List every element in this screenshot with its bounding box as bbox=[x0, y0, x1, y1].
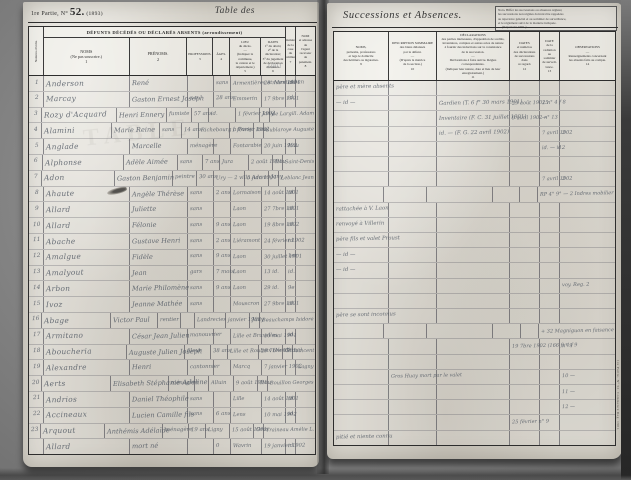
handwritten-entry: id. bbox=[288, 96, 295, 102]
handwritten-entry: id. bbox=[288, 207, 295, 213]
left-table: Numéros d'ordre. DÉFUNTS DÉCÉDÉS OU DÉCL… bbox=[28, 26, 316, 455]
cell-age: 9 ans bbox=[214, 250, 231, 265]
cell-lieu: Laon bbox=[231, 202, 262, 217]
cell-desc bbox=[389, 127, 437, 141]
cell-prof: manouvrier bbox=[188, 329, 214, 344]
cell-age: 9 ans bbox=[214, 218, 231, 233]
cell-her bbox=[334, 400, 389, 414]
cell-date: 5 juin 1901 bbox=[245, 171, 269, 186]
cell-prof: rentier bbox=[158, 313, 181, 328]
cell-desc bbox=[389, 339, 437, 353]
left-page: 1re Partie, N° 52. (1893) Table des TABL… bbox=[23, 2, 319, 467]
edge-imprint-label: 1re Partie. N° 52. Commencé Reg. 1901. bbox=[616, 360, 620, 431]
cell-date: 15 août 1901 bbox=[230, 424, 254, 439]
cell-age: 2 ans bbox=[214, 234, 231, 249]
cell-her bbox=[334, 385, 389, 399]
cell-prof: sans bbox=[188, 250, 214, 265]
table-row: 6AlphonseAdèle Aiméesans7 ansJura2 août … bbox=[29, 155, 315, 171]
scan-right-edge bbox=[621, 0, 631, 480]
cell-decl bbox=[437, 142, 510, 156]
cell-age: 14 ans bbox=[182, 123, 199, 138]
table-row: 18AboucheriaAuguste Julien Josephfileur3… bbox=[29, 345, 315, 361]
table-row: père et mère absents bbox=[334, 81, 615, 96]
handwritten-entry: id. bbox=[288, 333, 295, 339]
cell-prenoms: Henri Ennery bbox=[117, 108, 167, 123]
part-label: 1re Partie, N° 52. (1893) bbox=[31, 6, 103, 18]
handwritten-entry: fileur bbox=[187, 349, 202, 355]
table-row: Gros Huay mort par le valet10 — bbox=[334, 370, 615, 385]
cell-rep: id. bbox=[286, 234, 296, 249]
cell-her bbox=[334, 187, 384, 201]
handwritten-entry: 2 bbox=[35, 96, 39, 102]
handwritten-entry: id. bbox=[288, 397, 295, 403]
handwritten-entry: 0 bbox=[216, 444, 220, 449]
cell-rep: id. bbox=[286, 297, 296, 312]
handwritten-entry: 18 bbox=[33, 349, 41, 355]
cell-rem bbox=[540, 203, 560, 217]
cell-nom: Alexandre bbox=[44, 360, 130, 375]
cell-nom: Amalyout bbox=[44, 266, 130, 281]
handwritten-entry: Laon bbox=[233, 223, 246, 228]
cell-dates: 25 février n° 9 bbox=[510, 415, 540, 429]
handwritten-entry: id. bbox=[288, 223, 295, 229]
col-declarations-header: DÉCLARATIONS des parties intéressées, d'… bbox=[437, 32, 510, 80]
cell-n: 22 bbox=[29, 408, 44, 423]
table-row: 12 — bbox=[334, 400, 615, 415]
cell-rep: 9e bbox=[286, 281, 296, 296]
cell-date: 19 8bre 1902 bbox=[262, 218, 286, 233]
cell-nom: Armitano bbox=[44, 329, 130, 344]
cell-obs bbox=[560, 111, 615, 125]
cell-rep: id. bbox=[286, 439, 296, 454]
cell-obs: 11 — bbox=[560, 385, 615, 399]
table-row: renvoyé à Villerin bbox=[334, 218, 615, 233]
cell-rem bbox=[540, 370, 560, 384]
cell-agent bbox=[296, 281, 315, 296]
cell-her bbox=[334, 157, 389, 171]
col-agent-header: NOM et adresse de l'agent receveur de pa… bbox=[296, 27, 315, 75]
handwritten-entry: 30 ans bbox=[199, 175, 217, 181]
cell-age bbox=[214, 297, 231, 312]
cell-prenoms: Fidèle bbox=[130, 250, 188, 265]
cell-lieu: Lille bbox=[231, 392, 262, 407]
handwritten-entry: Marie Reine bbox=[114, 127, 155, 134]
cell-rem: id. — id. bbox=[540, 142, 560, 156]
handwritten-entry: 12 — bbox=[562, 405, 575, 410]
handwritten-entry: Mouscron bbox=[233, 302, 259, 308]
cell-rem bbox=[520, 187, 538, 201]
cell-date: 30 juillet 1901 bbox=[262, 250, 286, 265]
cell-prenoms: Jeanne Mathée bbox=[130, 297, 188, 312]
cell-prof: fumiste bbox=[167, 108, 191, 123]
table-row: 21AndriosDaniel ThéophilesansLille14 aoû… bbox=[29, 392, 315, 408]
cell-n: 20 bbox=[29, 376, 42, 391]
cell-nom: Ahaute bbox=[44, 187, 130, 202]
cell-rep: id. bbox=[286, 408, 296, 423]
handwritten-entry: rattachée à V. Laon bbox=[336, 206, 389, 213]
cell-n: 17 bbox=[29, 329, 44, 344]
handwritten-entry: 6 bbox=[34, 159, 38, 165]
right-table: NOMS, prénoms, professions et legs le do… bbox=[333, 31, 616, 446]
cell-desc bbox=[384, 324, 428, 338]
table-row: 8AhauteAngèle Thérèsesans2 ansLormaison1… bbox=[29, 187, 315, 203]
cell-rem: 7 avril 1902 bbox=[540, 172, 560, 186]
cell-lieu: Lens bbox=[231, 408, 262, 423]
cell-her bbox=[334, 111, 389, 125]
cell-rem bbox=[540, 400, 560, 414]
cell-rem bbox=[540, 233, 560, 247]
cell-her: — id — bbox=[334, 263, 389, 277]
cell-nom: Anglade bbox=[44, 139, 130, 154]
handwritten-entry: 22 bbox=[33, 412, 41, 418]
cell-her bbox=[334, 370, 389, 384]
cell-obs bbox=[560, 157, 615, 171]
cell-age: 0 bbox=[214, 439, 231, 454]
handwritten-entry: Lille bbox=[233, 397, 245, 402]
handwritten-entry: 38 ans bbox=[213, 349, 231, 355]
handwritten-entry: père et mère absents bbox=[336, 85, 394, 92]
cell-obs bbox=[560, 415, 615, 429]
cell-desc bbox=[389, 279, 437, 293]
table-row: id. — id.2 bbox=[334, 142, 615, 157]
cell-rem bbox=[540, 294, 560, 308]
cell-date: 10 mai 1901 bbox=[262, 329, 286, 344]
right-page-title: Successions et Absences. bbox=[343, 10, 462, 21]
col-sommier-header: Numéro de la case du sommier. 7 bbox=[286, 27, 296, 75]
cell-decl: Inventaire (F. C. 31 juillet 1901) bbox=[437, 111, 510, 125]
handwritten-entry: 16 bbox=[32, 317, 40, 323]
cell-age: 28 ans bbox=[214, 92, 231, 107]
cell-prenoms: Anthémis Adélaïde bbox=[105, 424, 163, 439]
cell-her: — id — bbox=[334, 96, 389, 110]
handwritten-entry: Ahaute bbox=[46, 190, 75, 198]
col-numero-header: Numéros d'ordre. bbox=[29, 27, 44, 75]
handwritten-entry: sans bbox=[162, 128, 174, 134]
table-row: rattachée à V. Laon bbox=[334, 203, 615, 218]
cell-obs bbox=[560, 355, 615, 369]
handwritten-entry: Leblanc Jean bbox=[281, 175, 314, 181]
handwritten-entry: Abache bbox=[46, 237, 76, 245]
handwritten-entry: Bouillon Georges bbox=[270, 381, 314, 387]
cell-lieu: Richebourg à Passy bbox=[199, 123, 230, 138]
table-row: 10AllardFéloniesans9 ansLaon19 8bre 1902… bbox=[29, 218, 315, 234]
handwritten-entry: peintre bbox=[175, 175, 195, 181]
handwritten-entry: — bbox=[542, 116, 547, 121]
cell-her bbox=[334, 294, 389, 308]
cell-lieu: Jura bbox=[220, 155, 249, 170]
cell-rem bbox=[540, 81, 560, 95]
handwritten-entry: 3 bbox=[34, 112, 38, 118]
cell-desc bbox=[389, 263, 437, 277]
handwritten-entry: 25 février n° 9 bbox=[512, 420, 549, 426]
cell-rep: Jany bbox=[269, 171, 279, 186]
table-row: + 32 Magniguon en faisance bbox=[334, 324, 615, 339]
table-row: 1AndersonRenésansArmentières et Mentauba… bbox=[29, 76, 315, 92]
cell-rep: id. bbox=[286, 266, 296, 281]
right-table-body: père et mère absents— id —Gardien (T. 6 … bbox=[334, 81, 615, 445]
handwritten-entry: Jeanne Mathée bbox=[132, 301, 182, 309]
handwritten-entry: 9e bbox=[288, 286, 295, 292]
cell-lieu: Landrecies bbox=[195, 313, 226, 328]
cell-desc bbox=[384, 187, 427, 201]
cell-her: père se sont inconnus bbox=[334, 309, 389, 323]
cell-decl bbox=[427, 187, 493, 201]
handwritten-entry: 20 bbox=[32, 381, 40, 387]
cell-date: 28 mars 1901 bbox=[262, 76, 286, 91]
handwritten-entry: Traineau Amélie L. bbox=[266, 428, 314, 434]
handwritten-entry: Marie Philomène bbox=[132, 285, 189, 293]
cell-prof: sans bbox=[160, 123, 182, 138]
cell-nom: Accineaux bbox=[44, 408, 130, 423]
handwritten-entry: ménagère bbox=[190, 144, 218, 150]
cell-dates bbox=[493, 187, 520, 201]
table-row: Allardmort né0Wavrin19 janvier 1902id. bbox=[29, 439, 315, 454]
handwritten-entry: 10 bbox=[33, 223, 41, 229]
cell-agent: Lagny bbox=[296, 360, 315, 375]
handwritten-entry: id. bbox=[288, 81, 295, 87]
cell-lieu: Fontarabie bbox=[231, 139, 262, 154]
cell-prenoms: mort né bbox=[130, 439, 188, 454]
table-row: 11AbacheGustave Henrisans2 ansLiéramont2… bbox=[29, 234, 315, 250]
cell-prenoms: Adèle Aimée bbox=[124, 155, 178, 170]
cell-date: 13 id. bbox=[262, 266, 286, 281]
col-radiation-header: DATE de la radiation au sommier de surve… bbox=[540, 32, 560, 80]
handwritten-entry: René bbox=[132, 80, 149, 87]
cell-n: 5 bbox=[29, 139, 44, 154]
handwritten-entry: + 32 Magniguon en faisance bbox=[541, 328, 614, 335]
cell-prenoms: Victor Paul bbox=[111, 313, 158, 328]
cell-dates bbox=[510, 127, 540, 141]
cell-nom: Allard bbox=[44, 439, 130, 454]
handwritten-entry: 29 août 1901 n° 4 f 8 bbox=[512, 100, 566, 106]
right-page: Successions et Absences. Nota. Biffer le… bbox=[327, 3, 622, 459]
cell-dates bbox=[510, 370, 540, 384]
table-row: 4AlaminiMarie Reinesans14 ansRichebourg … bbox=[29, 123, 315, 139]
handwritten-entry: Sublaroye Auguste bbox=[266, 128, 314, 134]
cell-agent: Beauchamps Isidore bbox=[260, 313, 315, 328]
col-heritiers-header: NOMS, prénoms, professions et legs le do… bbox=[334, 32, 389, 80]
col-dates-header: DATES 1° du décès; 2° de la déclaration;… bbox=[261, 38, 285, 75]
table-row bbox=[334, 355, 615, 370]
cell-lieu: Laon bbox=[231, 266, 262, 281]
cell-her: rattachée à V. Laon bbox=[334, 203, 389, 217]
cell-nom: Andrios bbox=[44, 392, 130, 407]
handwritten-entry: Allard bbox=[46, 443, 71, 451]
cell-desc bbox=[389, 309, 437, 323]
cell-dates bbox=[510, 172, 540, 186]
cell-obs bbox=[560, 81, 615, 95]
cell-her bbox=[334, 415, 389, 429]
cell-rep: id. bbox=[286, 76, 296, 91]
cell-agent: Saint-Denis bbox=[283, 155, 315, 170]
cell-lieu: Laon bbox=[231, 218, 262, 233]
handwritten-entry: 7 mois bbox=[216, 270, 234, 276]
cell-lieu: Armentières et Mentauban bbox=[231, 76, 262, 91]
table-row: 7 avril 19022 bbox=[334, 172, 615, 187]
handwritten-entry: Saint-Denis bbox=[285, 160, 314, 166]
table-row: 12AmalgueFidèlesans9 ansLaon30 juillet 1… bbox=[29, 250, 315, 266]
cell-desc bbox=[389, 157, 437, 171]
cell-decl bbox=[437, 400, 510, 414]
handwritten-entry: 9 bbox=[35, 207, 39, 213]
cell-date: janvier 1902 bbox=[226, 313, 250, 328]
cell-decl: Gardien (T. 6 f° 30 mars 1901) bbox=[437, 96, 510, 110]
handwritten-entry: pitié et niente connu bbox=[336, 434, 393, 441]
header-rule bbox=[28, 22, 317, 23]
handwritten-entry: de Largill. Adam bbox=[272, 112, 314, 118]
cell-prenoms: Lucien Camille fils bbox=[130, 408, 188, 423]
cell-rep: id. bbox=[286, 218, 296, 233]
cell-decl bbox=[437, 355, 510, 369]
cell-prenoms: Jean bbox=[130, 266, 188, 281]
cell-lieu: Lormaison bbox=[231, 187, 262, 202]
cell-nom: Arquout bbox=[41, 424, 105, 439]
handwritten-entry: 7 ans bbox=[204, 160, 219, 166]
cell-lieu: id. bbox=[209, 108, 236, 123]
cell-dates bbox=[510, 355, 540, 369]
handwritten-entry: id. bbox=[288, 302, 295, 308]
cell-dates bbox=[510, 279, 540, 293]
table-row: 14ArbonMarie Philomènesans9 ansLaon29 id… bbox=[29, 281, 315, 297]
table-row: — id — bbox=[334, 263, 615, 278]
table-row: — id — bbox=[334, 248, 615, 263]
handwritten-entry: renvoyé à Villerin bbox=[336, 222, 384, 228]
cell-desc bbox=[389, 415, 437, 429]
cell-decl bbox=[427, 324, 493, 338]
handwritten-entry: 2 bbox=[562, 177, 565, 182]
handwritten-entry: César Jean Julien bbox=[132, 332, 190, 340]
cell-nom: Anderson bbox=[44, 76, 130, 91]
cell-her bbox=[334, 142, 389, 156]
cell-obs bbox=[560, 233, 615, 247]
handwritten-entry: Adon bbox=[44, 174, 65, 182]
cell-decl bbox=[437, 294, 510, 308]
handwritten-entry: 7 bbox=[34, 175, 38, 181]
handwritten-entry: 6 ans bbox=[216, 412, 231, 418]
cell-her: — id — bbox=[334, 248, 389, 262]
cell-n: 4 bbox=[29, 123, 42, 138]
cell-date: 24 février 1902 bbox=[262, 234, 286, 249]
handwritten-entry: gars bbox=[190, 270, 202, 276]
cell-obs bbox=[560, 96, 615, 110]
handwritten-entry: sans bbox=[190, 239, 202, 245]
handwritten-entry: id. — (F. G. 22 avril 1902) bbox=[439, 130, 509, 137]
part-number: 52. bbox=[70, 6, 85, 18]
table-row: 25 février n° 9 bbox=[334, 415, 615, 430]
table-row: père se sont inconnus bbox=[334, 309, 615, 324]
handwritten-entry: Alexandre bbox=[46, 364, 87, 372]
cell-her: renvoyé à Villerin bbox=[334, 218, 389, 232]
cell-date: 1 février 1902 bbox=[236, 108, 260, 123]
cell-obs: 10 — bbox=[560, 370, 615, 384]
handwritten-entry: RP 4° 9° — 2 Indres mobilier bbox=[540, 191, 614, 198]
cell-desc bbox=[389, 385, 437, 399]
cell-n: 7 bbox=[29, 171, 42, 186]
part-year: (1893) bbox=[86, 11, 102, 17]
handwritten-entry: s.p. bbox=[190, 96, 200, 102]
cell-rem bbox=[540, 385, 560, 399]
handwritten-entry: id. bbox=[288, 239, 295, 245]
handwritten-entry: Marcq bbox=[233, 365, 250, 371]
cell-her bbox=[334, 279, 389, 293]
handwritten-entry: Wavrin bbox=[233, 444, 251, 450]
cell-age: 7 ans bbox=[203, 155, 220, 170]
cell-age: 6 ans bbox=[214, 408, 231, 423]
cell-desc bbox=[389, 248, 437, 262]
cell-n: 16 bbox=[29, 313, 42, 328]
handwritten-entry: 8 bbox=[35, 191, 39, 197]
table-row: père fils et valet Proust bbox=[334, 233, 615, 248]
handwritten-entry: 10 — bbox=[562, 374, 575, 379]
cell-obs: voy. Reg. 2 bbox=[560, 279, 615, 293]
cell-rep: id. bbox=[286, 92, 296, 107]
cell-agent: Bouillon Georges bbox=[268, 376, 315, 391]
cell-rem bbox=[540, 431, 560, 445]
handwritten-entry: 19 janvier 1902 bbox=[264, 444, 305, 450]
handwritten-entry: id. bbox=[288, 444, 295, 450]
cell-desc bbox=[389, 294, 437, 308]
cell-dates bbox=[510, 248, 540, 262]
handwritten-entry: Gaston Benjamin bbox=[117, 174, 174, 182]
cell-nom: Ivoz bbox=[44, 297, 130, 312]
cell-prenoms: René bbox=[130, 76, 188, 91]
cell-desc bbox=[389, 142, 437, 156]
cell-lieu: Mouscron bbox=[231, 297, 262, 312]
cell-obs bbox=[560, 203, 615, 217]
cell-n: 9 bbox=[29, 202, 44, 217]
cell-her bbox=[334, 172, 389, 186]
cell-decl bbox=[437, 263, 510, 277]
cell-rem bbox=[521, 324, 539, 338]
table-row bbox=[334, 294, 615, 309]
handwritten-entry: 2 ans bbox=[216, 239, 231, 245]
cell-nom: Amalgue bbox=[44, 250, 130, 265]
cell-lieu: Ligny bbox=[206, 424, 230, 439]
cell-decl bbox=[437, 431, 510, 445]
cell-her bbox=[334, 127, 389, 141]
table-row: 19AlexandreHenricantonnierMarcq7 janvier… bbox=[29, 360, 315, 376]
handwritten-entry: 28 ans bbox=[216, 96, 234, 102]
table-row: Inventaire (F. C. 31 juillet 1901)9 avri… bbox=[334, 111, 615, 126]
handwritten-entry: Itou bbox=[288, 144, 299, 150]
cell-n: 11 bbox=[29, 234, 44, 249]
handwritten-entry: ménagère bbox=[171, 381, 199, 387]
table-row: 20AertsElisabeth Stéphanie Adelineménagè… bbox=[29, 376, 315, 392]
cell-prenoms: César Jean Julien bbox=[130, 329, 188, 344]
cell-desc bbox=[389, 96, 437, 110]
cell-nom: Allard bbox=[44, 202, 130, 217]
handwritten-entry: 2 ans bbox=[216, 191, 231, 197]
handwritten-entry: Alamini bbox=[44, 127, 75, 135]
cell-age: 38 ans bbox=[211, 345, 228, 360]
group-header: DÉFUNTS DÉCÉDÉS OU DÉCLARÉS ABSENTS (arr… bbox=[44, 27, 285, 38]
cell-age bbox=[214, 202, 231, 217]
table-row: 19 7bre 1902 (166 f) 4 f 9n° 9 bbox=[334, 339, 615, 354]
cell-n: 14 bbox=[29, 281, 44, 296]
cell-prof bbox=[188, 76, 214, 91]
defunts-group: DÉFUNTS DÉCÉDÉS OU DÉCLARÉS ABSENTS (arr… bbox=[44, 27, 286, 75]
cell-decl bbox=[437, 172, 510, 186]
cell-prof: sans bbox=[188, 281, 214, 296]
handwritten-entry: Abage bbox=[44, 316, 69, 324]
handwritten-entry: Gustave Henri bbox=[132, 238, 181, 246]
cell-nom: Alphonse bbox=[43, 155, 123, 170]
handwritten-entry: Aboucheria bbox=[46, 348, 92, 356]
col-professions-header: PROFESSIONS. 3 bbox=[187, 38, 213, 75]
handwritten-entry: sans bbox=[190, 396, 202, 402]
handwritten-entry: 9 ans bbox=[216, 254, 231, 260]
cell-nom: Aerts bbox=[42, 376, 111, 391]
